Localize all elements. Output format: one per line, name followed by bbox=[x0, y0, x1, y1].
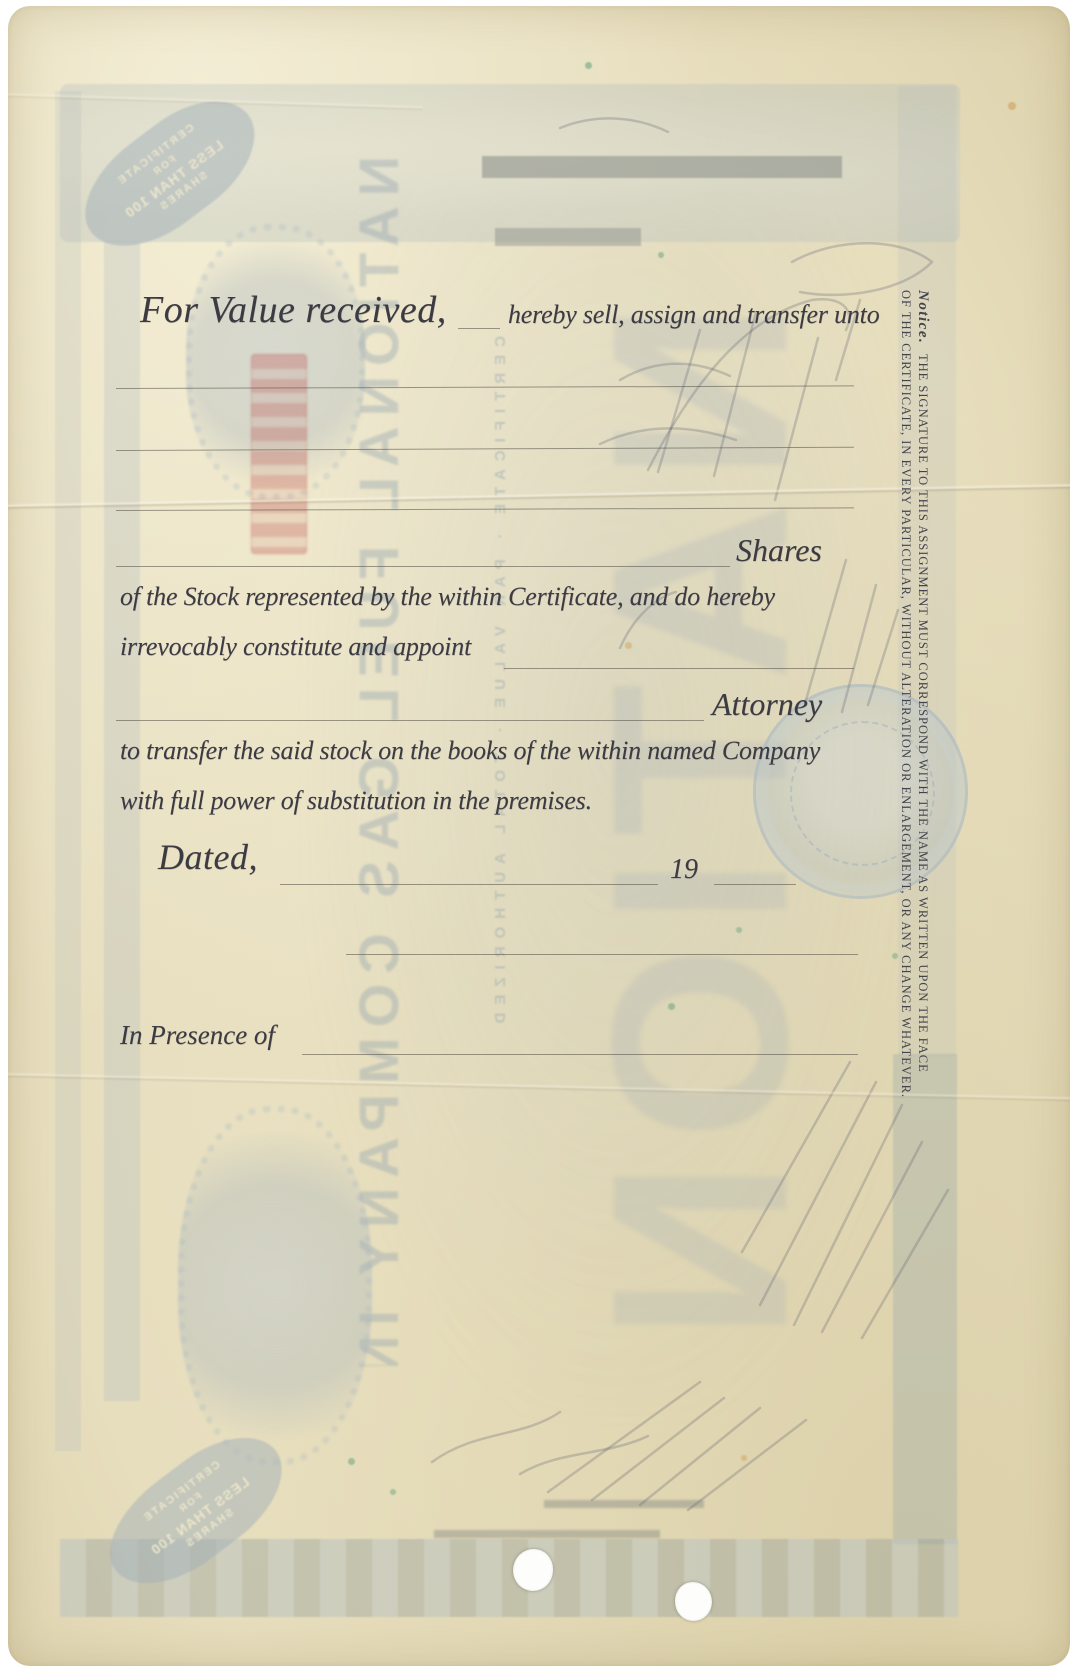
clause-appoint: irrevocably constitute and appoint bbox=[120, 632, 471, 662]
green-speck bbox=[658, 252, 664, 258]
opening-continuation: hereby sell, assign and transfer unto bbox=[508, 300, 880, 330]
attorney-name-blank-2 bbox=[116, 720, 704, 721]
clause-transfer: to transfer the said stock on the books … bbox=[120, 736, 820, 766]
bleed-dark-band-1 bbox=[482, 156, 842, 178]
punch-hole-left bbox=[513, 1549, 553, 1591]
orange-speck bbox=[741, 1455, 747, 1461]
orange-speck bbox=[625, 642, 632, 649]
bleed-left-edge-strip bbox=[55, 91, 81, 1451]
shares-label: Shares bbox=[736, 532, 822, 569]
date-blank bbox=[280, 884, 658, 885]
orange-speck bbox=[1008, 102, 1016, 110]
green-speck bbox=[348, 1458, 355, 1465]
green-speck bbox=[668, 1003, 675, 1010]
bleed-large-underprint: NATIONAL FUEL GAS COMPANY INC. bbox=[556, 301, 796, 1351]
attorney-name-blank-1 bbox=[504, 668, 854, 669]
notice-line-1: Notice. THE SIGNATURE TO THIS ASSIGNMENT… bbox=[914, 290, 931, 1062]
year-prefix: 19 bbox=[670, 854, 698, 886]
clause-substitution: with full power of substitution in the p… bbox=[120, 786, 592, 816]
bleed-corner-badge-bottom-left: CERTIFICATE FOR LESS THAN 100 SHARES bbox=[88, 1413, 304, 1608]
bleed-rosette-bottom-left bbox=[178, 1106, 372, 1465]
witness-blank bbox=[302, 1054, 858, 1055]
badge-line: CERTIFICATE bbox=[141, 1460, 223, 1526]
certificate-paper: CERTIFICATE FOR LESS THAN 100 SHARES CER… bbox=[8, 6, 1070, 1666]
fold-crease-top bbox=[8, 92, 423, 111]
witness-label: In Presence of bbox=[120, 1020, 275, 1051]
green-speck bbox=[390, 1489, 396, 1495]
badge-line: FOR bbox=[177, 1492, 205, 1517]
attorney-label: Attorney bbox=[712, 686, 822, 723]
red-stamp-bleedthrough bbox=[251, 354, 307, 554]
badge-line: SHARES bbox=[157, 170, 210, 214]
notice-heading: Notice. bbox=[915, 290, 931, 344]
clause-certificate: of the Stock represented by the within C… bbox=[120, 582, 775, 612]
signature-notice: Notice. THE SIGNATURE TO THIS ASSIGNMENT… bbox=[897, 290, 931, 1062]
notice-line-1-text: THE SIGNATURE TO THIS ASSIGNMENT MUST CO… bbox=[916, 354, 930, 1073]
opening-phrase: For Value received, bbox=[140, 288, 447, 332]
badge-line: LESS THAN 100 bbox=[148, 1475, 252, 1559]
assignor-name-blank bbox=[458, 328, 500, 329]
badge-line: SHARES bbox=[183, 1507, 236, 1551]
dated-label: Dated, bbox=[158, 836, 258, 878]
bleed-rosette-top-left bbox=[186, 224, 365, 500]
scanned-certificate-back: CERTIFICATE FOR LESS THAN 100 SHARES CER… bbox=[0, 0, 1080, 1673]
bleed-bottom-border bbox=[60, 1539, 958, 1617]
signature-blank bbox=[346, 954, 858, 955]
badge-line: CERTIFICATE bbox=[115, 123, 197, 189]
bleed-top-border bbox=[60, 84, 960, 242]
green-speck bbox=[736, 927, 742, 933]
bleed-dark-band-2 bbox=[495, 228, 641, 246]
shares-amount-blank bbox=[116, 566, 730, 567]
bleed-left-strip bbox=[104, 241, 140, 1401]
badge-line: LESS THAN 100 bbox=[122, 138, 226, 222]
punch-hole-right bbox=[675, 1582, 712, 1621]
bleed-corner-badge-top-left: CERTIFICATE FOR LESS THAN 100 SHARES bbox=[63, 77, 277, 272]
badge-line: FOR bbox=[151, 155, 179, 180]
notice-line-2: OF THE CERTIFICATE, IN EVERY PARTICULAR,… bbox=[897, 290, 914, 1062]
transferee-line-1 bbox=[116, 385, 854, 389]
transferee-line-3 bbox=[116, 507, 854, 511]
year-blank bbox=[714, 884, 796, 885]
bleed-right-strip-lower bbox=[893, 1054, 957, 1544]
green-speck bbox=[585, 62, 592, 69]
transferee-line-2 bbox=[116, 447, 854, 451]
